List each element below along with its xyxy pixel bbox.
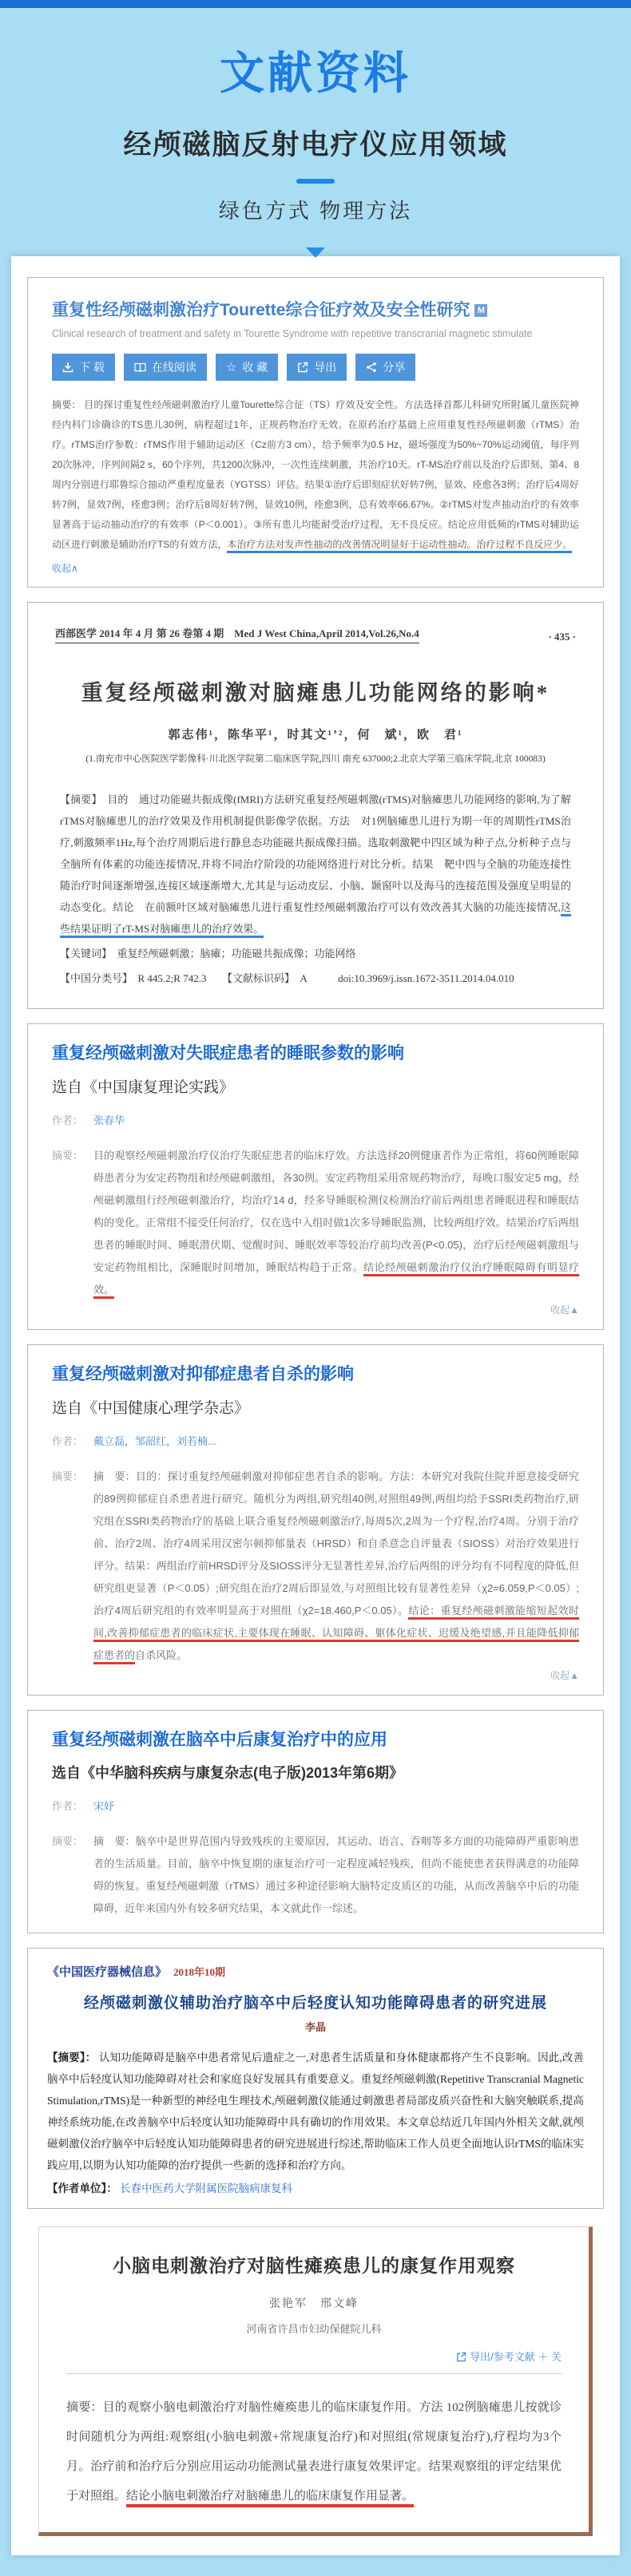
article-title-english: Clinical research of treatment and safet…: [52, 328, 579, 339]
author-label: 作者：: [52, 1430, 93, 1453]
abstract-text: 【摘要】： 认知功能障碍是脑卒中患者常见后遗症之一,对患者生活质量和身体健康都将…: [47, 2047, 584, 2176]
abstract-text: 摘 要：脑卒中是世界范围内导致残疾的主要原因，其运动、语言、吞咽等多方面的功能障…: [93, 1830, 579, 1920]
author-link[interactable]: 戴立磊，邹韶红，刘若楠...: [93, 1430, 216, 1453]
abstract-body: 摘 要：目的：探讨重复经颅磁刺激对抑郁症患者自杀的影响。方法：本研究对我院住院并…: [93, 1470, 579, 1616]
abstract-label: 摘要：: [52, 399, 81, 410]
abstract-body: 目的探讨重复性经颅磁刺激治疗儿童Tourette综合征（TS）疗效及安全性。方法…: [52, 399, 579, 550]
author-row: 作者： 张春华: [52, 1110, 579, 1132]
abstract-row: 摘要： 摘 要：目的：探讨重复经颅磁刺激对抑郁症患者自杀的影响。方法：本研究对我…: [52, 1466, 579, 1667]
down-triangle-icon: [306, 247, 325, 258]
article-source: 选自《中国康复理论实践》: [52, 1075, 579, 1097]
article-source: 选自《中华脑科疾病与康复杂志(电子版)2013年第6期》: [52, 1762, 579, 1783]
page-title: 文献资料: [0, 38, 631, 102]
journal-issue: 2018年10期: [173, 1966, 225, 1978]
read-online-button[interactable]: 在线阅读: [124, 354, 207, 381]
abstract-text: 摘要：目的观察小脑电刺激治疗对脑性瘫痪患儿的临床康复作用。方法 102例脑瘫患儿…: [66, 2393, 562, 2511]
literature-card-stroke: 重复经颅磁刺激在脑卒中后康复治疗中的应用 选自《中华脑科疾病与康复杂志(电子版)…: [27, 1710, 604, 1933]
author-link[interactable]: 宋妤: [93, 1795, 114, 1818]
article-title-link[interactable]: 重复经颅磁刺激在脑卒中后康复治疗中的应用: [52, 1727, 579, 1751]
author-unit-label: 【作者单位】：: [47, 2182, 117, 2194]
journal-header-row: 西部医学 2014 年 4 月 第 26 卷第 4 期 Med J West C…: [55, 625, 576, 643]
abstract-label: 摘要：: [52, 1145, 93, 1301]
author-unit-link[interactable]: 长春中医药大学附属医院脑病康复科: [120, 2182, 292, 2194]
scanned-article-authors: 郭志伟¹，陈华平¹，时其文¹ʼ²，何 斌¹，欧 君¹: [55, 726, 576, 742]
book-icon: [134, 362, 146, 373]
star-icon: ☆: [226, 362, 236, 374]
article-source: 选自《中国健康心理学杂志》: [52, 1396, 579, 1418]
article-author: 李晶: [47, 2019, 584, 2034]
abstract-row: 摘要： 目的观察经颅磁刺激治疗仪治疗失眠症患者的临床疗效。方法选择20例健康者作…: [52, 1145, 579, 1301]
author-unit-row: 【作者单位】： 长春中医药大学附属医院脑病康复科: [47, 2179, 584, 2195]
export-icon: [297, 362, 308, 373]
export-icon: [456, 2351, 470, 2363]
scanned-keywords: 【关键词】 重复经颅磁刺激；脑瘫；功能磁共振成像；功能网络: [60, 943, 571, 964]
scanned-article-title: 重复经颅磁刺激对脑瘫患儿功能网络的影响*: [55, 675, 576, 706]
page-tagline: 绿色方式 物理方法: [0, 195, 631, 245]
scanned-article-affiliation: (1.南充市中心医院医学影像科·川北医学院第二临床医学院,四川 南充 63700…: [55, 752, 576, 765]
article-title-link[interactable]: 重复经颅磁刺激对失眠症患者的睡眠参数的影响: [52, 1040, 579, 1064]
bottom-spacer: [0, 2555, 631, 2576]
page-header: 文献资料 经颅磁脑反射电疗仪应用领域 绿色方式 物理方法: [0, 8, 631, 245]
abstract-body: 目的观察经颅磁刺激治疗仪治疗失眠症患者的临床疗效。方法选择20例健康者作为正常组…: [93, 1150, 579, 1273]
abstract-body: 认知功能障碍是脑卒中患者常见后遗症之一,对患者生活质量和身体健康都将产生不良影响…: [47, 2052, 584, 2171]
journal-name: 《中国医疗器械信息》: [47, 1966, 167, 1979]
author-label: 作者：: [52, 1795, 93, 1818]
journal-row: 《中国医疗器械信息》2018年10期: [47, 1963, 584, 1980]
scanned-card-cerebellar: 小脑电刺激治疗对脑性瘫痪患儿的康复作用观察 张艳军 邢文峰 河南省许昌市妇幼保健…: [38, 2226, 593, 2536]
action-button-row: 下 载 在线阅读 ☆ 收 藏 导出 分享: [52, 354, 579, 381]
author-label: 作者：: [52, 1110, 93, 1132]
literature-card-insomnia: 重复经颅磁刺激对失眠症患者的睡眠参数的影响 选自《中国康复理论实践》 作者： 张…: [27, 1023, 604, 1330]
abstract-highlight-underlined: 结论小脑电刺激治疗对脑瘫患儿的临床康复作用显著。: [126, 2490, 414, 2507]
literature-card-cognitive: 《中国医疗器械信息》2018年10期 经颅磁刺激仪辅助治疗脑卒中后轻度认知功能障…: [27, 1948, 604, 2209]
abstract-label: 摘要：: [66, 2401, 103, 2414]
top-accent-bar: [0, 0, 631, 8]
divider-dash: [296, 179, 335, 184]
author-row: 作者： 宋妤: [52, 1795, 579, 1818]
scanned-classification: 【中国分类号】 R 445.2;R 742.3 【文献标识码】 A doi:10…: [60, 967, 571, 989]
abstract-tail: 自杀风险。: [135, 1649, 187, 1661]
m-badge-icon: M: [474, 304, 487, 317]
abstract-highlight-underlined: 本治疗方法对发声性抽动的改善情况明显好于运动性抽动。治疗过程不良反应少。: [227, 539, 572, 553]
article-title-link[interactable]: 重复经颅磁刺激对抑郁症患者自杀的影响: [52, 1361, 579, 1385]
scanned-journal-card-cerebral-palsy: 西部医学 2014 年 4 月 第 26 卷第 4 期 Med J West C…: [27, 602, 604, 1009]
export-reference-link[interactable]: 导出/参考文献 ＋ 关: [66, 2348, 562, 2364]
share-icon: [366, 362, 377, 373]
page-subtitle: 经颅磁脑反射电疗仪应用领域: [0, 123, 631, 163]
journal-page-number: · 435 ·: [548, 631, 576, 643]
abstract-body: 目的观察小脑电刺激治疗对脑性瘫痪患儿的临床康复作用。方法 102例脑瘫患儿按就诊…: [66, 2401, 562, 2503]
article-title-row: 重复性经颅磁刺激治疗Tourette综合征疗效及安全性研究M: [52, 297, 579, 321]
scanned-abstract-body: 【摘要】 目的 通过功能磁共振成像(fMRI)方法研究重复经颅磁刺激(rTMS)…: [60, 793, 571, 913]
literature-card-tourette: 重复性经颅磁刺激治疗Tourette综合征疗效及安全性研究M Clinical …: [27, 277, 604, 588]
divider-line: [66, 2373, 562, 2374]
collapse-link[interactable]: 收起▲: [52, 1303, 579, 1316]
download-button[interactable]: 下 载: [52, 354, 115, 381]
scanned-article-authors: 张艳军 邢文峰: [66, 2295, 562, 2311]
abstract-label: 【摘要】：: [47, 2052, 96, 2064]
abstract-row: 摘要： 摘 要：脑卒中是世界范围内导致残疾的主要原因，其运动、语言、吞咽等多方面…: [52, 1830, 579, 1920]
download-icon: [62, 362, 73, 373]
abstract-label: 摘要：: [52, 1466, 93, 1667]
scanned-article-title: 小脑电刺激治疗对脑性瘫痪患儿的康复作用观察: [66, 2251, 562, 2277]
literature-card-depression: 重复经颅磁刺激对抑郁症患者自杀的影响 选自《中国健康心理学杂志》 作者： 戴立磊…: [27, 1344, 604, 1696]
author-row: 作者： 戴立磊，邹韶红，刘若楠...: [52, 1430, 579, 1453]
abstract-label: 摘要：: [52, 1830, 93, 1920]
article-title-link[interactable]: 重复性经颅磁刺激治疗Tourette综合征疗效及安全性研究: [52, 301, 470, 319]
journal-citation: 西部医学 2014 年 4 月 第 26 卷第 4 期 Med J West C…: [55, 625, 419, 643]
abstract-text: 摘要： 目的探讨重复性经颅磁刺激治疗儿童Tourette综合征（TS）疗效及安全…: [52, 395, 579, 555]
author-link[interactable]: 张春华: [93, 1110, 125, 1132]
collapse-link[interactable]: 收起▲: [52, 1668, 579, 1682]
literature-panel: 重复性经颅磁刺激治疗Tourette综合征疗效及安全性研究M Clinical …: [11, 256, 620, 2555]
collapse-link[interactable]: 收起∧: [52, 561, 78, 575]
abstract-text: 摘 要：目的：探讨重复经颅磁刺激对抑郁症患者自杀的影响。方法：本研究对我院住院并…: [93, 1466, 579, 1667]
abstract-text: 目的观察经颅磁刺激治疗仪治疗失眠症患者的临床疗效。方法选择20例健康者作为正常组…: [93, 1145, 579, 1301]
article-title: 经颅磁刺激仪辅助治疗脑卒中后轻度认知功能障碍患者的研究进展: [47, 1991, 584, 2012]
scanned-article-affiliation: 河南省许昌市妇幼保健院儿科: [66, 2321, 562, 2336]
export-button[interactable]: 导出: [287, 354, 347, 381]
share-button[interactable]: 分享: [355, 354, 415, 381]
scanned-abstract: 【摘要】 目的 通过功能磁共振成像(fMRI)方法研究重复经颅磁刺激(rTMS)…: [60, 789, 571, 940]
favorite-button[interactable]: ☆ 收 藏: [216, 354, 278, 381]
